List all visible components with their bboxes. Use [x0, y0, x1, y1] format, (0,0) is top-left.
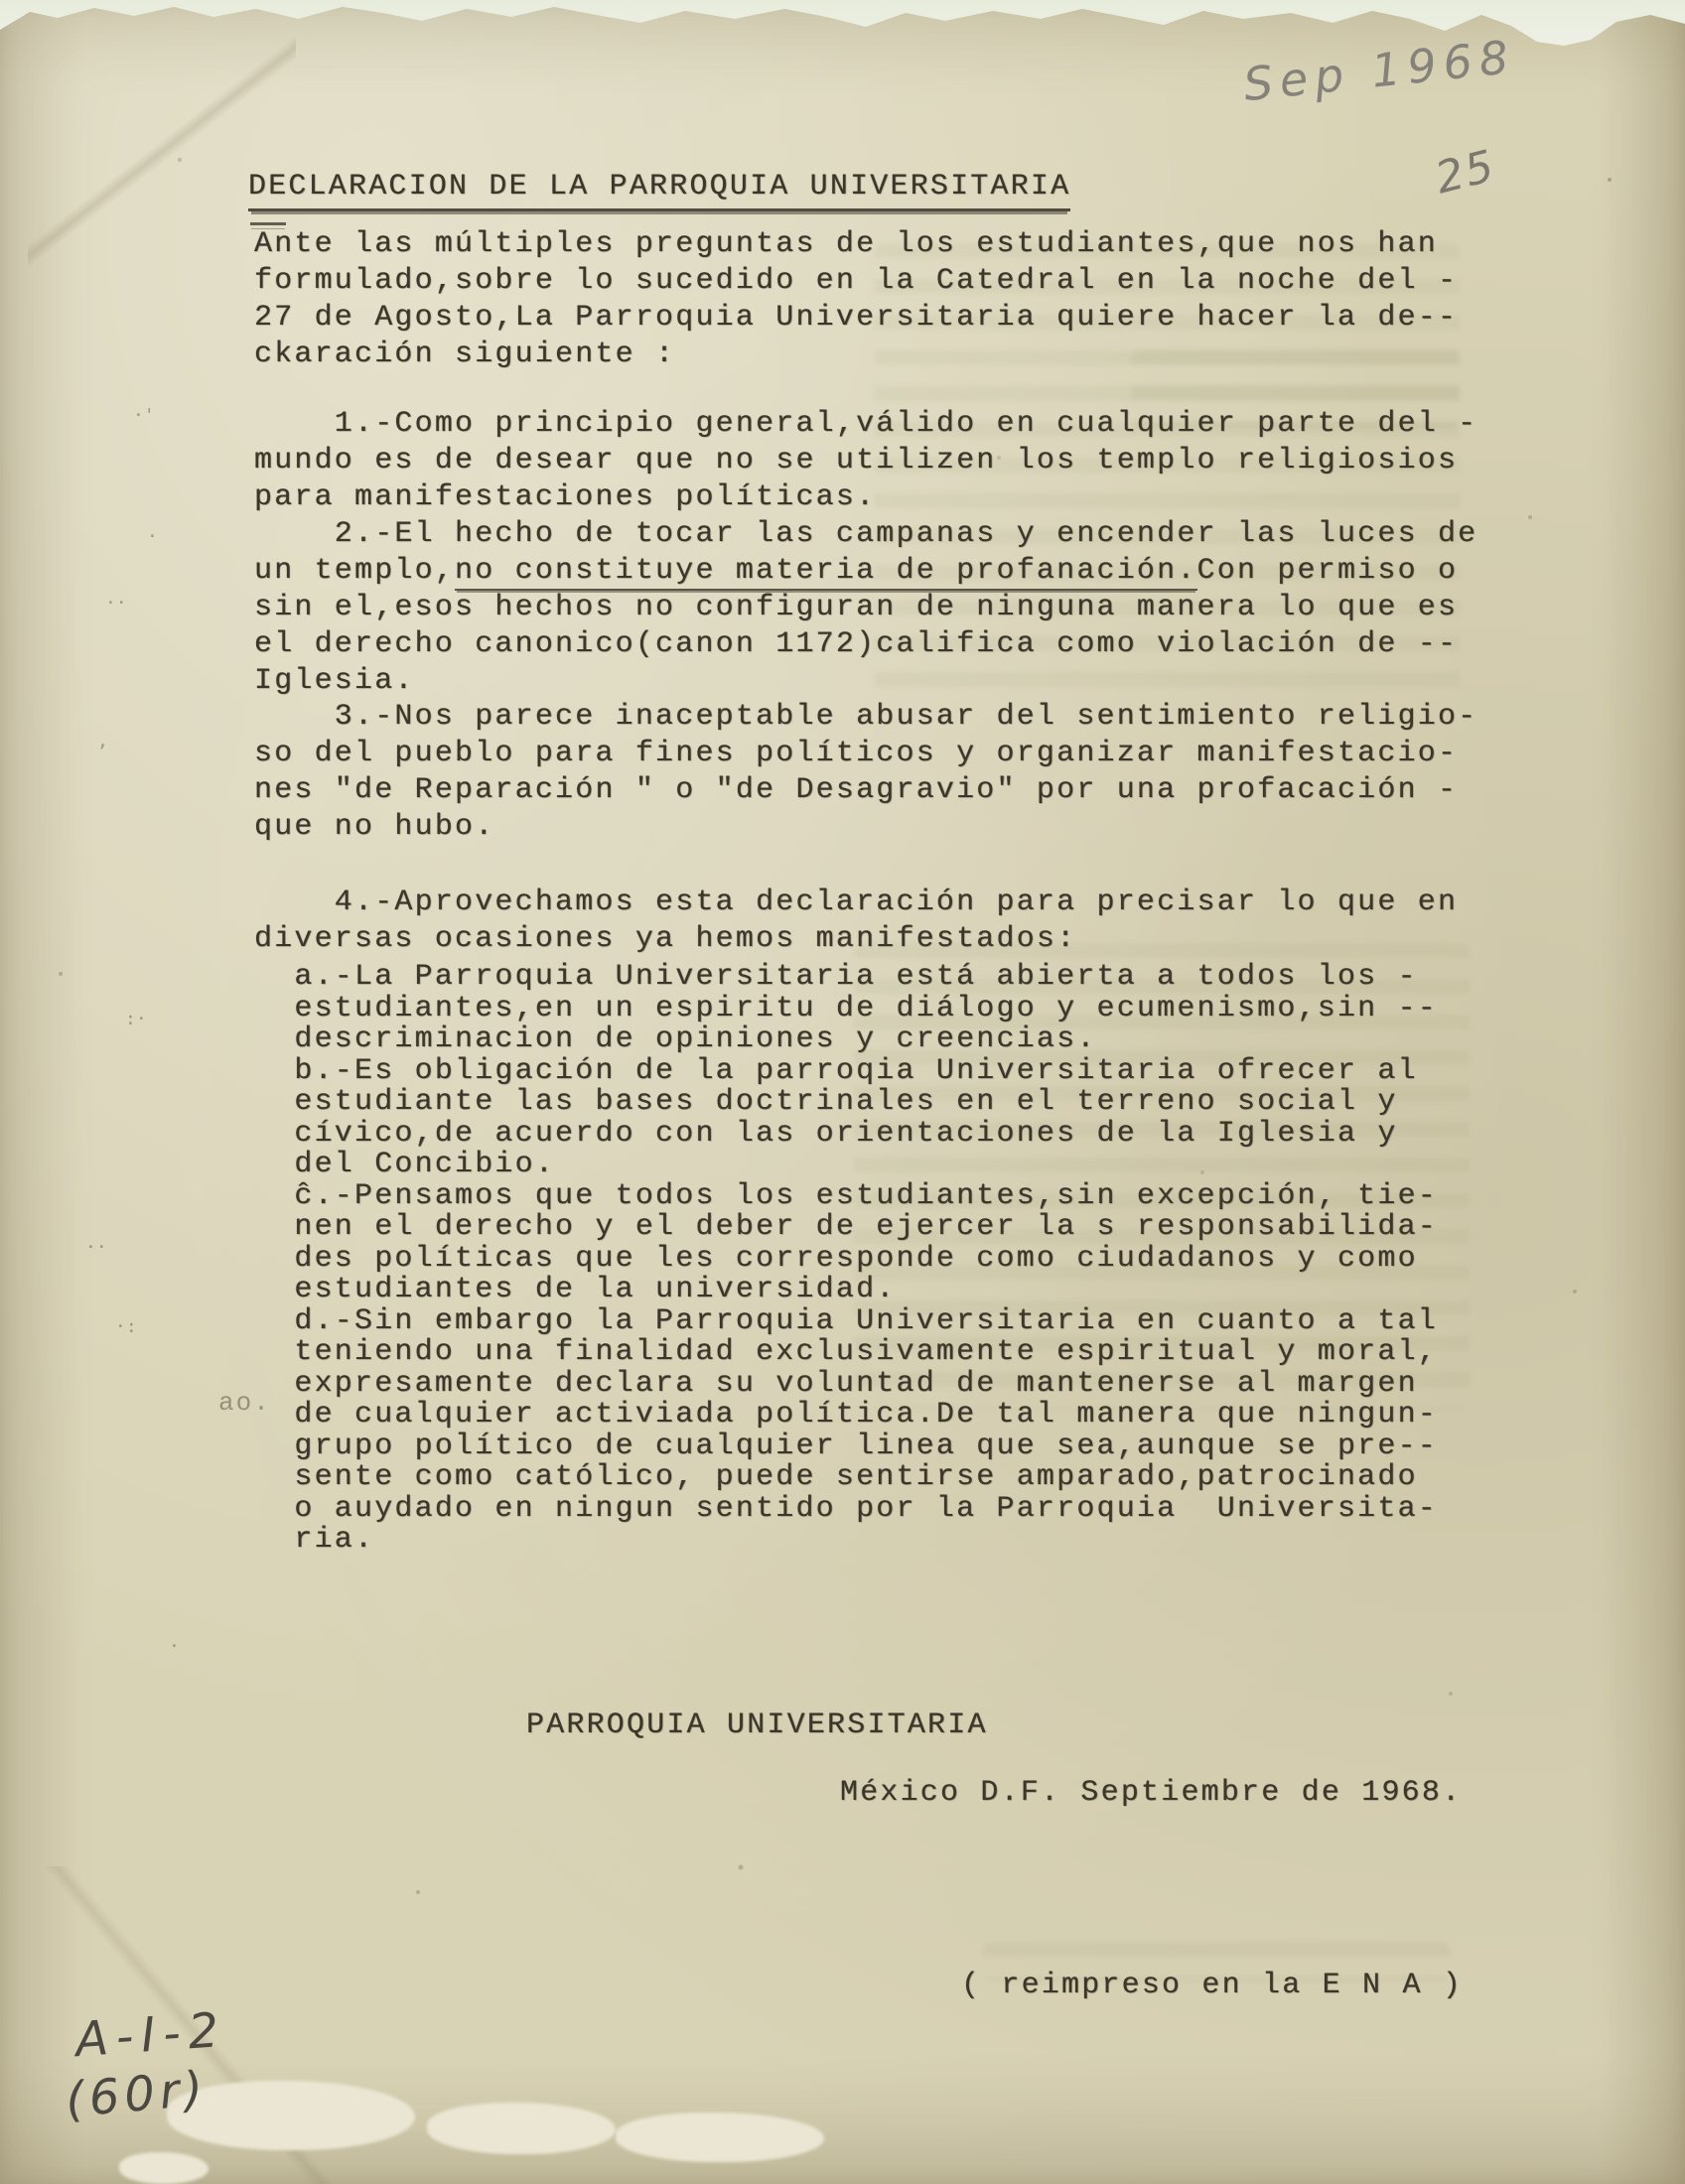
paper-sheet: Sep 1968 25 DECLARACION DE LA PARROQUIA …	[0, 0, 1685, 2184]
margin-speck: ··	[85, 1237, 107, 1258]
handwritten-page-number: 25	[1431, 140, 1501, 204]
margin-speck: ·	[169, 1636, 180, 1657]
whiteout-patch	[427, 2103, 616, 2154]
margin-speck: :·	[125, 1009, 147, 1029]
margin-note: ao.	[218, 1388, 271, 1418]
dust-specks	[0, 0, 2, 2]
point-2-underlined-phrase: no constituye materia de profanación.	[455, 554, 1197, 591]
page-title-text: DECLARACION DE LA PARROQUIA UNIVERSITARI…	[248, 169, 1070, 211]
margin-speck: ·	[147, 526, 158, 547]
point-4-subitems: a.-La Parroquia Universitaria está abier…	[254, 962, 1438, 1557]
whiteout-patch	[119, 2152, 209, 2184]
page-title: DECLARACION DE LA PARROQUIA UNIVERSITARI…	[248, 169, 1070, 211]
margin-speck: ·:	[115, 1316, 137, 1337]
handwritten-archive-code: A-I-2	[73, 2002, 228, 2068]
handwritten-date-note: Sep 1968	[1241, 30, 1518, 111]
signature-place-date: México D.F. Septiembre de 1968.	[840, 1775, 1462, 1812]
margin-speck: ,	[97, 731, 108, 751]
signature-organization: PARROQUIA UNIVERSITARIA	[526, 1707, 988, 1744]
document-scan: Sep 1968 25 DECLARACION DE LA PARROQUIA …	[0, 0, 1685, 2184]
margin-speck: ..	[105, 588, 127, 609]
intro-paragraph: Ante las múltiples preguntas de los estu…	[254, 226, 1458, 373]
points-1-2-paragraph: 1.-Como principio general,válido en cual…	[254, 406, 1477, 700]
point-3-paragraph: 3.-Nos parece inaceptable abusar del sen…	[254, 699, 1477, 846]
title-underline-stub	[250, 222, 286, 225]
reprint-note: ( reimpreso en la E N A )	[961, 1968, 1463, 2004]
point-4-intro: 4.-Aprovechamos esta declaración para pr…	[254, 885, 1458, 958]
margin-speck: ·'	[133, 405, 155, 426]
whiteout-patch	[616, 2113, 824, 2162]
